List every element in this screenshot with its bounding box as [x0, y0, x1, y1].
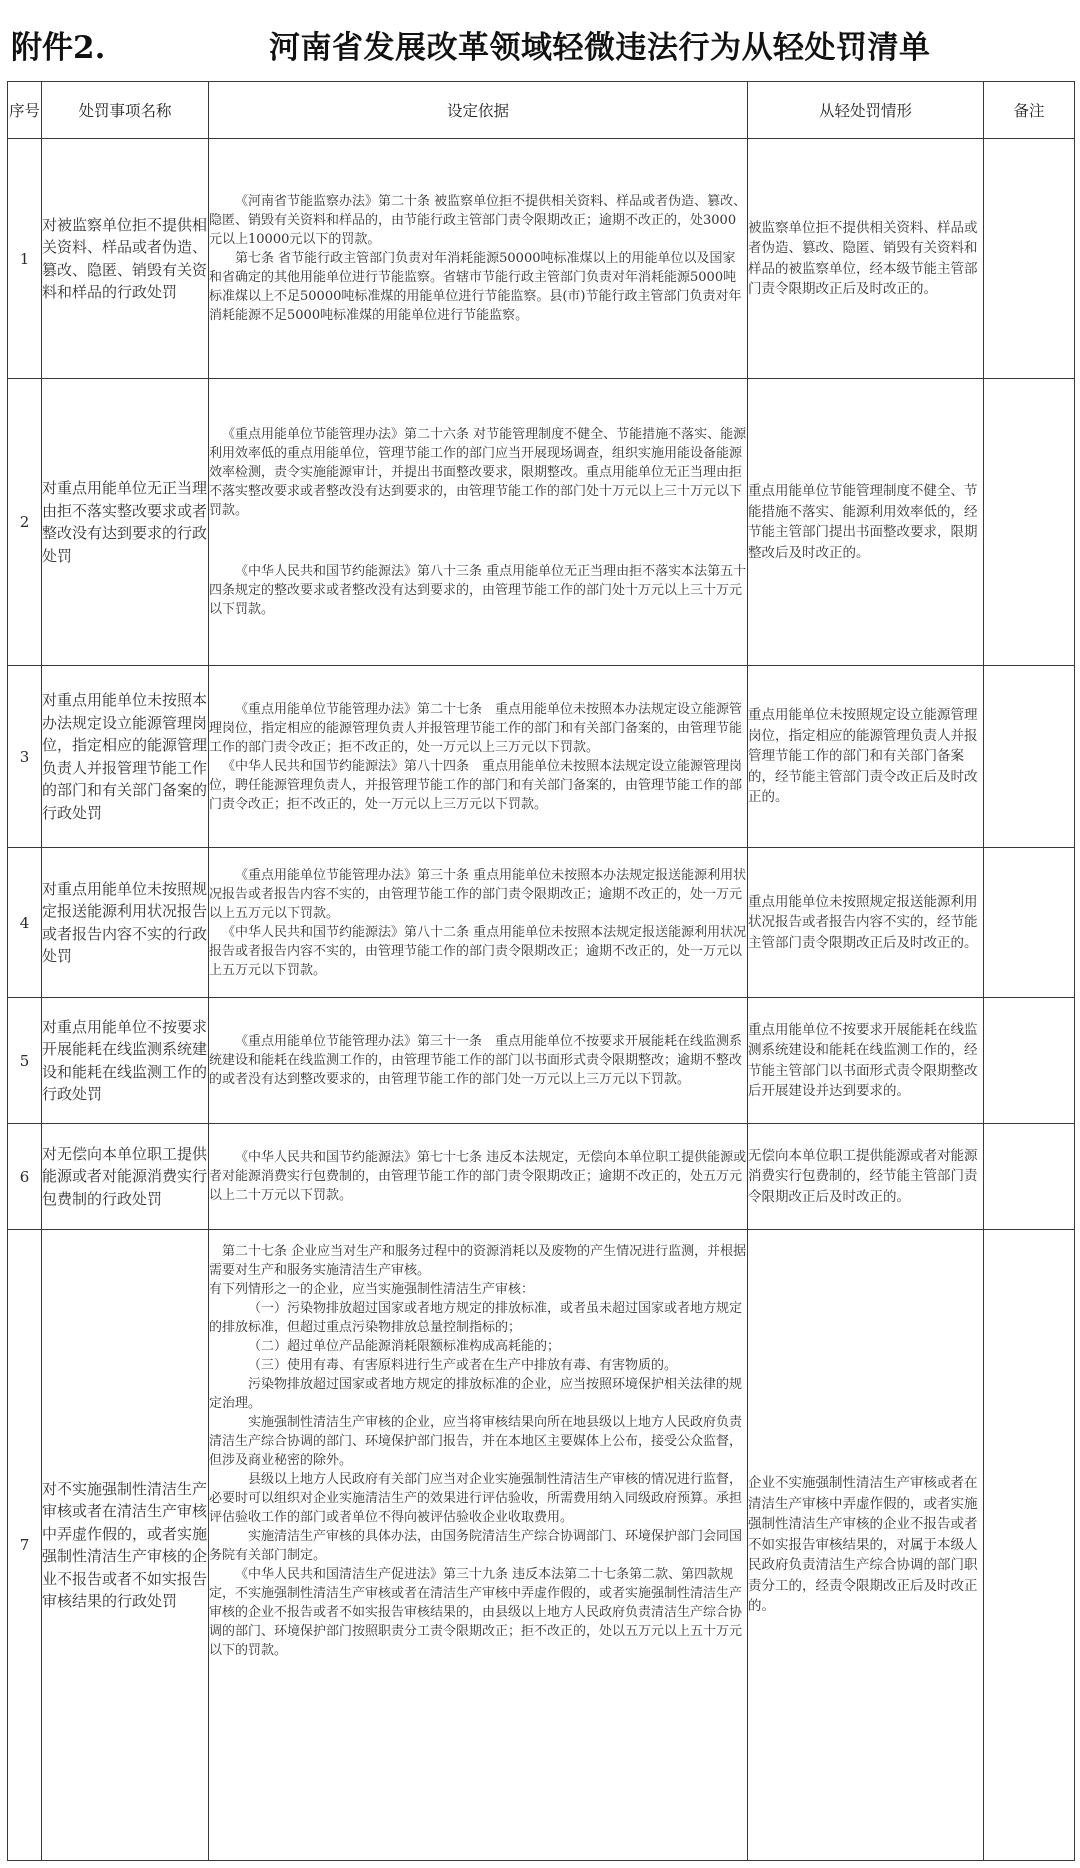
basis-paragraph: 第二十七条 企业应当对生产和服务过程中的资源消耗以及废物的产生情况进行监测，并根…	[209, 1242, 747, 1280]
basis-paragraph: 《重点用能单位节能管理办法》第三十一条 重点用能单位不按要求开展能耗在线监测系统…	[209, 1032, 747, 1089]
basis-paragraph: （一）污染物排放超过国家或者地方规定的排放标准，或者虽未超过国家或者地方规定的排…	[209, 1299, 747, 1337]
penalty-item-name: 对被监察单位拒不提供相关资料、样品或者伪造、篡改、隐匿、销毁有关资料和样品的行政…	[42, 139, 209, 379]
penalty-item-name: 对重点用能单位无正当理由拒不落实整改要求或者整改没有达到要求的行政处罚	[42, 379, 209, 666]
basis-paragraph: 《中华人民共和国清洁生产促进法》第三十九条 违反本法第二十七条第二款、第四款规定…	[209, 1565, 747, 1660]
legal-basis: 《重点用能单位节能管理办法》第二十七条 重点用能单位未按照本办法规定设立能源管理…	[209, 666, 748, 848]
row-index: 6	[8, 1124, 42, 1230]
basis-paragraph: 《中华人民共和国节约能源法》第八十三条 重点用能单位无正当理由拒不落实本法第五十…	[209, 562, 747, 619]
row-index: 7	[8, 1230, 42, 1861]
table-row: 1 对被监察单位拒不提供相关资料、样品或者伪造、篡改、隐匿、销毁有关资料和样品的…	[8, 139, 1075, 379]
basis-paragraph: （三）使用有毒、有害原料进行生产或者在生产中排放有毒、有害物质的。	[209, 1356, 747, 1375]
basis-paragraph: 第七条 省节能行政主管部门负责对年消耗能源50000吨标准煤以上的用能单位以及国…	[209, 249, 747, 325]
remark	[984, 139, 1075, 379]
basis-paragraph: 有下列情形之一的企业，应当实施强制性清洁生产审核：	[209, 1280, 747, 1299]
remark	[984, 666, 1075, 848]
row-index: 5	[8, 998, 42, 1124]
remark	[984, 998, 1075, 1124]
legal-basis: 《中华人民共和国节约能源法》第七十七条 违反本法规定，无偿向本单位职工提供能源或…	[209, 1124, 748, 1230]
basis-paragraph: 污染物排放超过国家或者地方规定的排放标准的企业，应当按照环境保护相关法律的规定治…	[209, 1375, 747, 1413]
row-index: 1	[8, 139, 42, 379]
column-header-item-name: 处罚事项名称	[42, 82, 209, 139]
table-row: 5 对重点用能单位不按要求开展能耗在线监测系统建设和能耗在线监测工作的行政处罚 …	[8, 998, 1075, 1124]
legal-basis: 《河南省节能监察办法》第二十条 被监察单位拒不提供相关资料、样品或者伪造、篡改、…	[209, 139, 748, 379]
table-row: 6 对无偿向本单位职工提供能源或者对能源消费实行包费制的行政处罚 《中华人民共和…	[8, 1124, 1075, 1230]
penalty-item-name: 对无偿向本单位职工提供能源或者对能源消费实行包费制的行政处罚	[42, 1124, 209, 1230]
penalty-list-table: 序号 处罚事项名称 设定依据 从轻处罚情形 备注 1 对被监察单位拒不提供相关资…	[7, 81, 1075, 1861]
attachment-label: 附件2.	[11, 22, 105, 67]
lenient-case: 重点用能单位节能管理制度不健全、节能措施不落实、能源利用效率低的，经节能主管部门…	[748, 379, 984, 666]
penalty-item-name: 对重点用能单位不按要求开展能耗在线监测系统建设和能耗在线监测工作的行政处罚	[42, 998, 209, 1124]
basis-paragraph: 《中华人民共和国节约能源法》第八十四条 重点用能单位未按照本法规定设立能源管理岗…	[209, 757, 747, 814]
basis-paragraph: （二）超过单位产品能源消耗限额标准构成高耗能的；	[209, 1337, 747, 1356]
title-row: 附件2. 河南省发展改革领域轻微违法行为从轻处罚清单	[7, 0, 1074, 82]
column-header-remarks: 备注	[984, 82, 1075, 139]
basis-paragraph: 《重点用能单位节能管理办法》第三十条 重点用能单位未按照本办法规定报送能源利用状…	[209, 866, 747, 923]
basis-paragraph: 实施清洁生产审核的具体办法，由国务院清洁生产综合协调部门、环境保护部门会同国务院…	[209, 1527, 747, 1565]
basis-paragraph: 实施强制性清洁生产审核的企业，应当将审核结果向所在地县级以上地方人民政府负责清洁…	[209, 1413, 747, 1470]
penalty-item-name: 对重点用能单位未按照本办法规定设立能源管理岗位，指定相应的能源管理负责人并报管理…	[42, 666, 209, 848]
remark	[984, 848, 1075, 998]
column-header-index: 序号	[8, 82, 42, 139]
document-page: 附件2. 河南省发展改革领域轻微违法行为从轻处罚清单 序号 处罚事项名称 设定依…	[7, 0, 1074, 1868]
lenient-case: 无偿向本单位职工提供能源或者对能源消费实行包费制的，经节能主管部门责令限期改正后…	[748, 1124, 984, 1230]
basis-paragraph: 《重点用能单位节能管理办法》第二十六条 对节能管理制度不健全、节能措施不落实、能…	[209, 425, 747, 520]
lenient-case: 重点用能单位未按照规定报送能源利用状况报告或者报告内容不实的，经节能主管部门责令…	[748, 848, 984, 998]
row-index: 2	[8, 379, 42, 666]
legal-basis: 《重点用能单位节能管理办法》第二十六条 对节能管理制度不健全、节能措施不落实、能…	[209, 379, 748, 666]
penalty-item-name: 对不实施强制性清洁生产审核或者在清洁生产审核中弄虚作假的，或者实施强制性清洁生产…	[42, 1230, 209, 1861]
table-row: 3 对重点用能单位未按照本办法规定设立能源管理岗位，指定相应的能源管理负责人并报…	[8, 666, 1075, 848]
lenient-case: 重点用能单位未按照规定设立能源管理岗位，指定相应的能源管理负责人并报管理节能工作…	[748, 666, 984, 848]
spacer	[209, 520, 747, 562]
row-index: 3	[8, 666, 42, 848]
lenient-case: 企业不实施强制性清洁生产审核或者在清洁生产审核中弄虚作假的，或者实施强制性清洁生…	[748, 1230, 984, 1861]
lenient-case: 被监察单位拒不提供相关资料、样品或者伪造、篡改、隐匿、销毁有关资料和样品的被监察…	[748, 139, 984, 379]
row-index: 4	[8, 848, 42, 998]
remark	[984, 1124, 1075, 1230]
table-row: 2 对重点用能单位无正当理由拒不落实整改要求或者整改没有达到要求的行政处罚 《重…	[8, 379, 1075, 666]
basis-paragraph: 《中华人民共和国节约能源法》第七十七条 违反本法规定，无偿向本单位职工提供能源或…	[209, 1148, 747, 1205]
remark	[984, 379, 1075, 666]
column-header-lenient-cases: 从轻处罚情形	[748, 82, 984, 139]
table-row: 7 对不实施强制性清洁生产审核或者在清洁生产审核中弄虚作假的，或者实施强制性清洁…	[8, 1230, 1075, 1861]
penalty-item-name: 对重点用能单位未按照规定报送能源利用状况报告或者报告内容不实的行政处罚	[42, 848, 209, 998]
basis-paragraph: 《中华人民共和国节约能源法》第八十二条 重点用能单位未按照本法规定报送能源利用状…	[209, 923, 747, 980]
legal-basis: 《重点用能单位节能管理办法》第三十条 重点用能单位未按照本办法规定报送能源利用状…	[209, 848, 748, 998]
legal-basis: 第二十七条 企业应当对生产和服务过程中的资源消耗以及废物的产生情况进行监测，并根…	[209, 1230, 748, 1861]
document-title: 河南省发展改革领域轻微违法行为从轻处罚清单	[269, 22, 931, 67]
basis-paragraph: 《河南省节能监察办法》第二十条 被监察单位拒不提供相关资料、样品或者伪造、篡改、…	[209, 192, 747, 249]
lenient-case: 重点用能单位不按要求开展能耗在线监测系统建设和能耗在线监测工作的，经节能主管部门…	[748, 998, 984, 1124]
legal-basis: 《重点用能单位节能管理办法》第三十一条 重点用能单位不按要求开展能耗在线监测系统…	[209, 998, 748, 1124]
column-header-legal-basis: 设定依据	[209, 82, 748, 139]
table-header-row: 序号 处罚事项名称 设定依据 从轻处罚情形 备注	[8, 82, 1075, 139]
basis-paragraph: 《重点用能单位节能管理办法》第二十七条 重点用能单位未按照本办法规定设立能源管理…	[209, 700, 747, 757]
table-row: 4 对重点用能单位未按照规定报送能源利用状况报告或者报告内容不实的行政处罚 《重…	[8, 848, 1075, 998]
basis-paragraph: 县级以上地方人民政府有关部门应当对企业实施强制性清洁生产审核的情况进行监督，必要…	[209, 1470, 747, 1527]
remark	[984, 1230, 1075, 1861]
